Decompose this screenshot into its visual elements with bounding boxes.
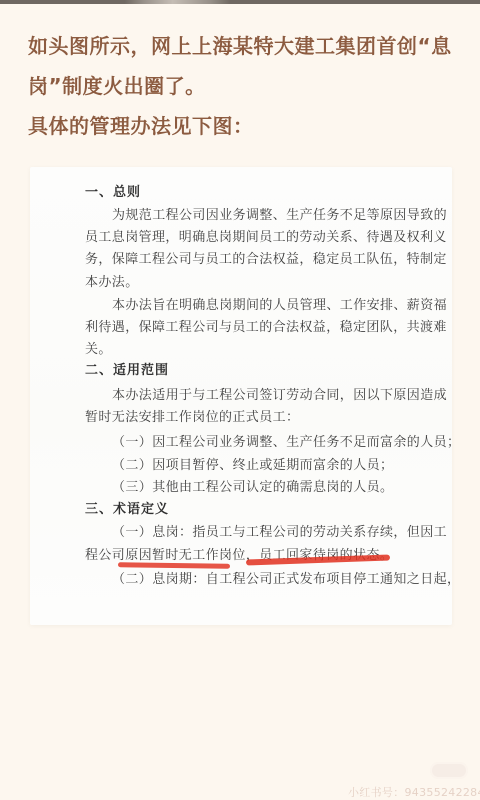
doc-line: （一）息岗：指员工与工程公司的劳动关系存续，但因工: [112, 525, 447, 541]
doc-line: 本办法。: [85, 275, 139, 291]
doc-list-item-3: （三）其他由工程公司认定的确需息岗的人员。: [112, 480, 393, 496]
post-screen: 如头图所示，网上上海某特大建工集团首创“息岗”制度火出圈了。 具体的管理办法见下…: [0, 0, 480, 800]
xiaohongshu-logo-watermark: [430, 762, 468, 779]
doc-list-item-2: （二）因项目暂停、终止或延期而富余的人员；: [112, 458, 393, 474]
doc-line: 员工息岗管理，明确息岗期间员工的劳动关系、待遇及权利义: [85, 230, 447, 246]
policy-document-image[interactable]: 一、总则 为规范工程公司因业务调整、生产任务不足等原因导致的 员工息岗管理，明确…: [30, 167, 452, 625]
doc-line: 为规范工程公司因业务调整、生产任务不足等原因导致的: [112, 208, 447, 224]
doc-list-item-1: （一）因工程公司业务调整、生产任务不足而富余的人员；: [112, 435, 460, 451]
previous-image-edge: [0, 0, 480, 4]
doc-text-segment-marked: 原因暂时无工作岗位: [125, 548, 246, 563]
doc-line: 利待遇，保障工程公司与员工的合法权益，稳定团队，共渡难: [85, 320, 447, 336]
doc-line: 本办法适用于与工程公司签订劳动合同，因以下原因造成: [112, 388, 447, 404]
doc-heading-definitions: 三、术语定义: [85, 502, 169, 518]
doc-text-segment: 程公司: [85, 548, 125, 563]
doc-line: 暂时无法安排工作岗位的正式员工：: [85, 410, 299, 426]
doc-line: 关。: [85, 342, 112, 358]
doc-line: （二）息岗期：自工程公司正式发布项目停工通知之日起，: [112, 572, 460, 588]
post-paragraph-1: 如头图所示，网上上海某特大建工集团首创“息岗”制度火出圈了。: [28, 26, 452, 106]
doc-line: 务，保障工程公司与员工的合法权益，稳定员工队伍，特制定: [85, 252, 447, 268]
xiaohongshu-id-watermark: 小红书号：94355242284: [348, 784, 478, 800]
doc-heading-scope: 二、适用范围: [85, 363, 169, 379]
red-marker-underline-1: [118, 562, 230, 569]
post-text: 如头图所示，网上上海某特大建工集团首创“息岗”制度火出圈了。 具体的管理办法见下…: [28, 26, 452, 146]
doc-line: 本办法旨在明确息岗期间的人员管理、工作安排、薪资福: [112, 298, 447, 314]
doc-heading-general-provisions: 一、总则: [85, 185, 141, 201]
post-paragraph-2: 具体的管理办法见下图：: [28, 106, 452, 146]
